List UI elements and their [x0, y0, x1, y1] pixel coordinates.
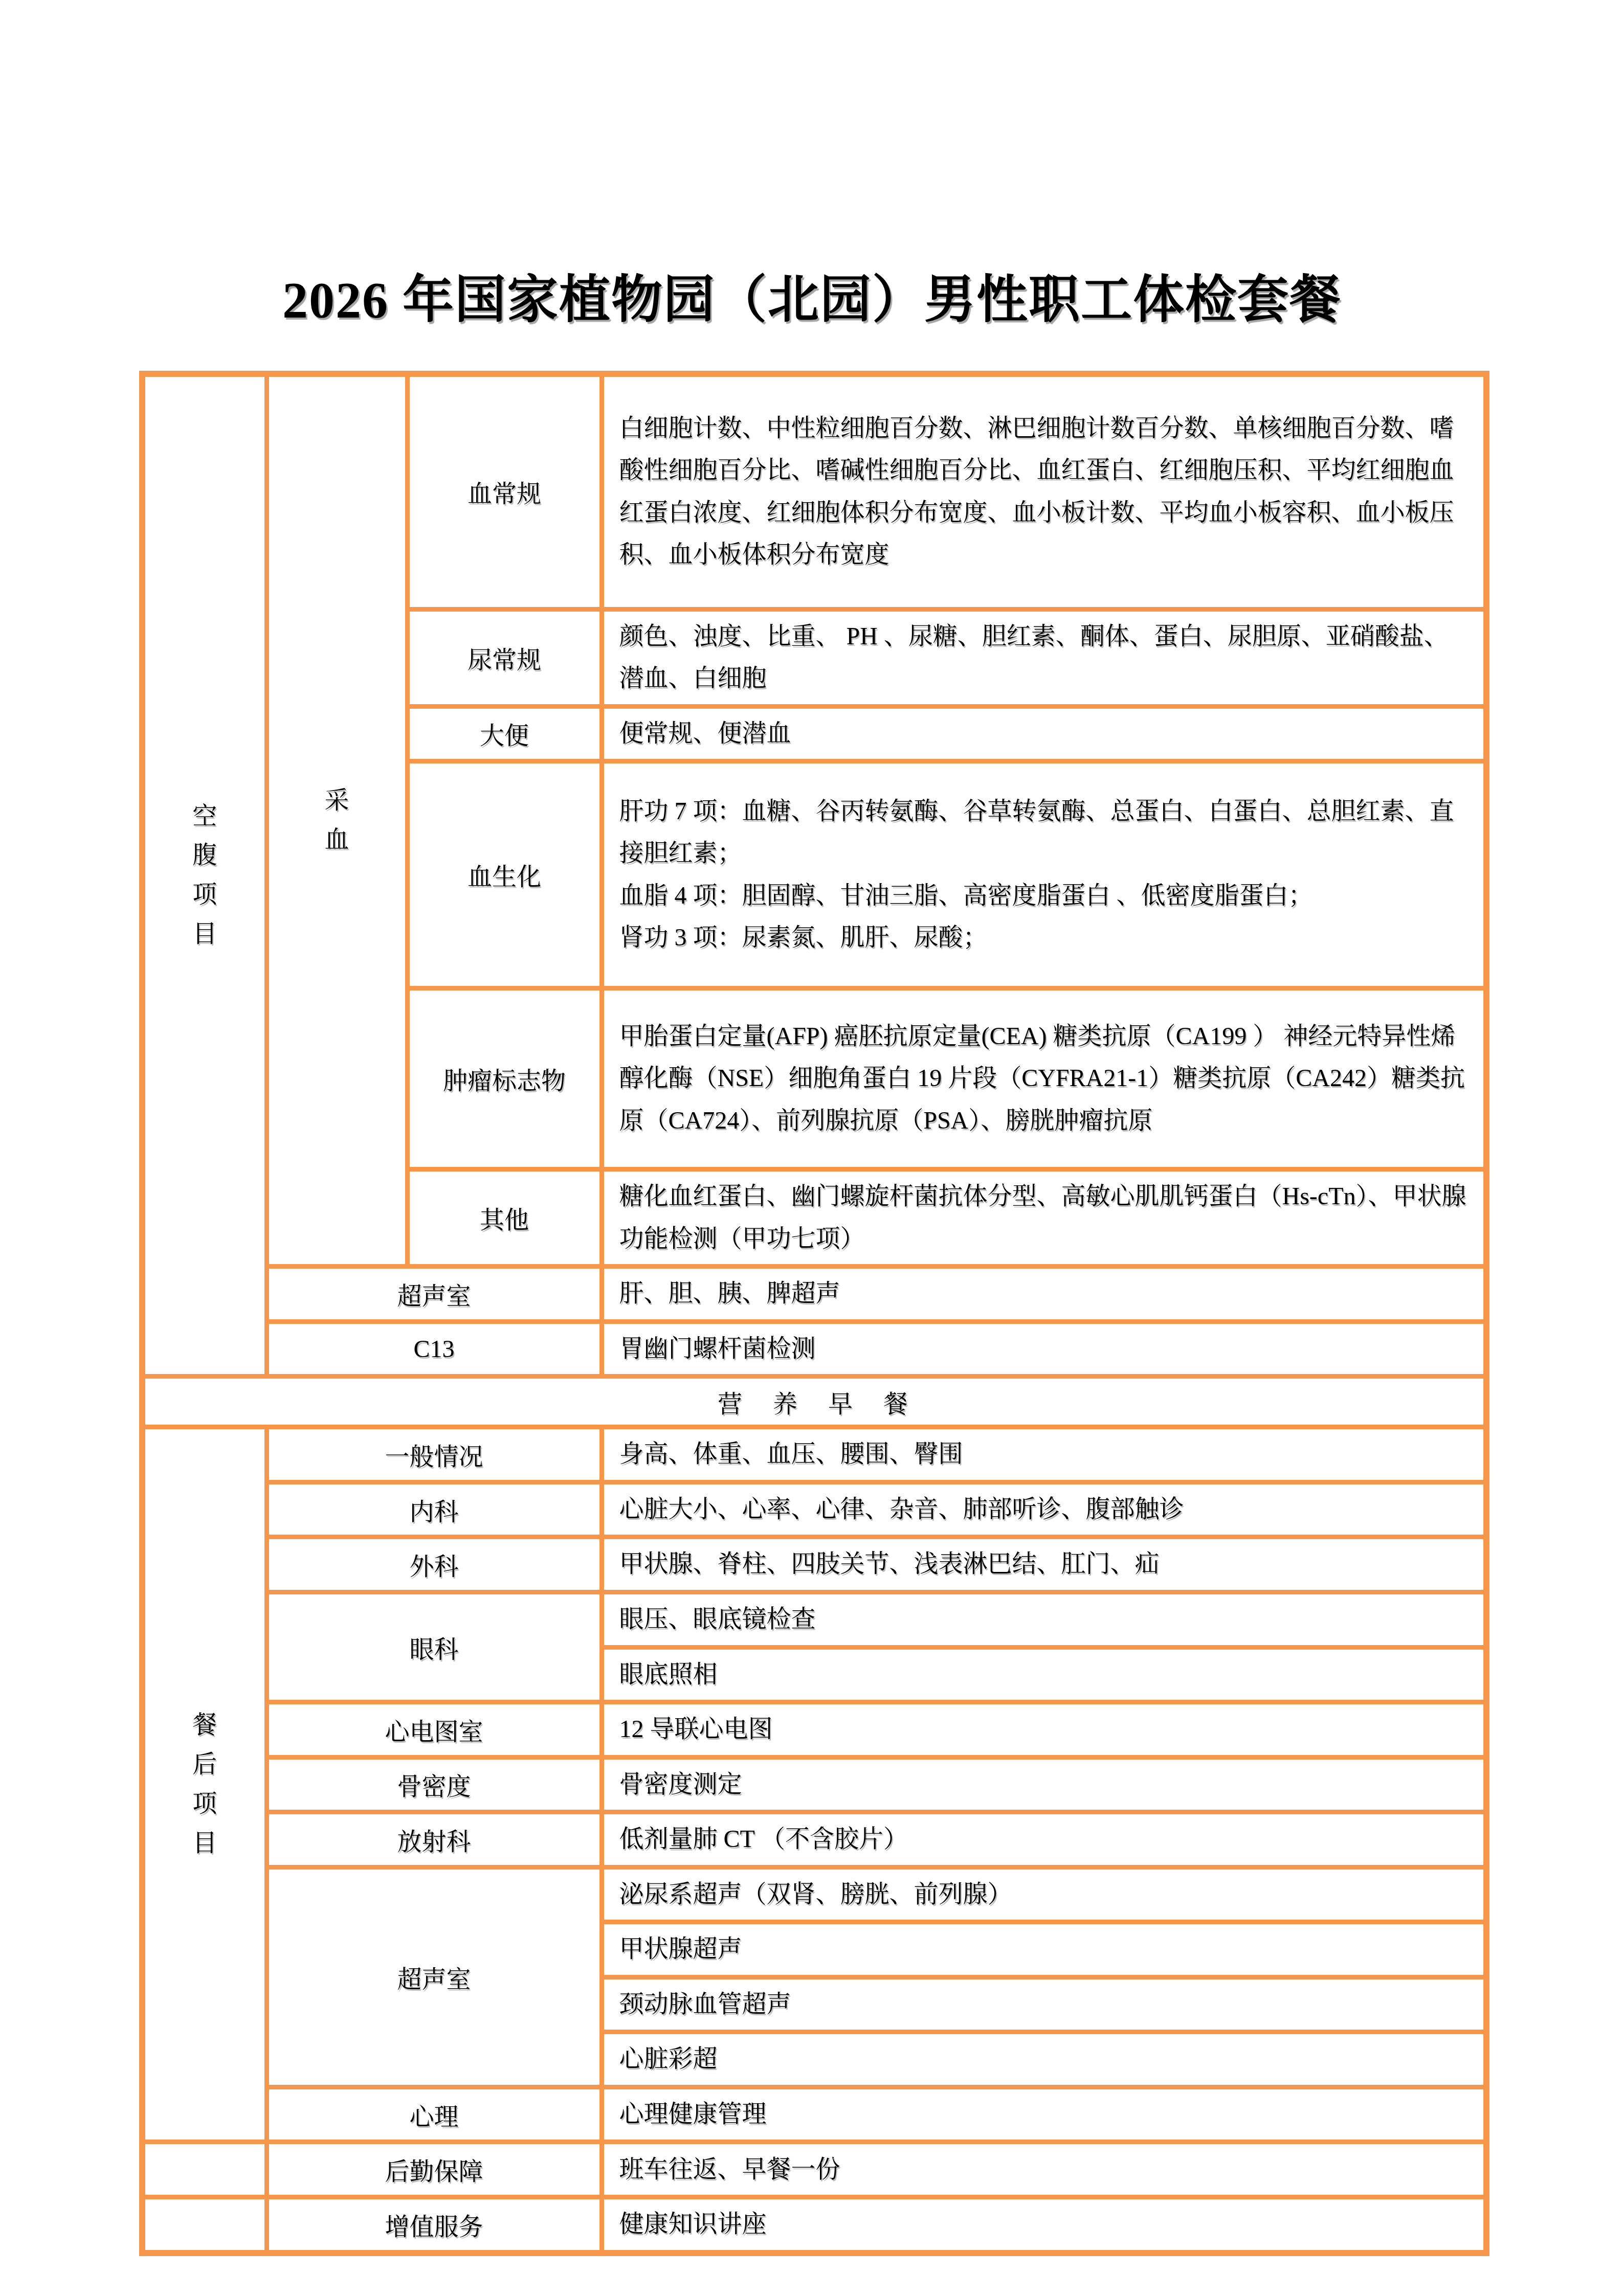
fasting-row-label: 血生化 [407, 761, 602, 988]
postmeal-row-content: 甲状腺、脊柱、四肢关节、浅表淋巴结、肛门、疝 [602, 1537, 1486, 1592]
blood-draw-label: 采血 [325, 781, 349, 860]
postmeal-group-cell: 餐后项目 [142, 1427, 266, 2142]
psych-label: 心理 [266, 2087, 602, 2142]
fasting-row-content: 糖化血红蛋白、幽门螺旋杆菌抗体分型、高敏心肌肌钙蛋白（Hs-cTn）、甲状腺功能… [602, 1169, 1486, 1267]
empty-cell [142, 2142, 266, 2197]
postmeal-row-content: 骨密度测定 [602, 1757, 1486, 1812]
fasting-extra-row-content: 胃幽门螺杆菌检测 [602, 1321, 1486, 1377]
ultrasound-subrow-content: 甲状腺超声 [602, 1922, 1486, 1977]
fasting-row-content: 甲胎蛋白定量(AFP) 癌胚抗原定量(CEA) 糖类抗原（CA199 ） 神经元… [602, 988, 1486, 1169]
fasting-row-label: 其他 [407, 1169, 602, 1267]
fasting-row-content: 颜色、浊度、比重、 PH 、尿糖、胆红素、酮体、蛋白、尿胆原、亚硝酸盐、潜血、白… [602, 609, 1486, 706]
fasting-row-content: 肝功 7 项：血糖、谷丙转氨酶、谷草转氨酶、总蛋白、白蛋白、总胆红素、直接胆红素… [602, 761, 1486, 988]
page-title: 2026 年国家植物园（北园）男性职工体检套餐 [0, 258, 1624, 332]
eye-subrow-content: 眼底照相 [602, 1647, 1486, 1702]
ultrasound-subrow-content: 颈动脉血管超声 [602, 1977, 1486, 2032]
breakfast-row: 营 养 早 餐 [142, 1377, 1486, 1427]
postmeal-row-label: 内科 [266, 1482, 602, 1537]
footer-row-label: 增值服务 [266, 2197, 602, 2253]
postmeal-row-label: 骨密度 [266, 1757, 602, 1812]
postmeal-row-label: 心电图室 [266, 1702, 602, 1758]
fasting-extra-row-label: 超声室 [266, 1267, 602, 1322]
postmeal-row-label: 外科 [266, 1537, 602, 1592]
fasting-row-content: 白细胞计数、中性粒细胞百分数、淋巴细胞计数百分数、单核细胞百分数、嗜酸性细胞百分… [602, 374, 1486, 609]
empty-cell [142, 2197, 266, 2253]
fasting-row-label: 肿瘤标志物 [407, 988, 602, 1169]
fasting-row-label: 大便 [407, 706, 602, 761]
fasting-group-cell: 空腹项目 [142, 374, 266, 1377]
blood-draw-cell: 采血 [266, 374, 407, 1267]
checkup-table: 空腹项目 采血 血常规 白细胞计数、中性粒细胞百分数、淋巴细胞计数百分数、单核细… [139, 371, 1489, 2256]
ultrasound-subrow-content: 心脏彩超 [602, 2032, 1486, 2087]
fasting-row-label: 血常规 [407, 374, 602, 609]
postmeal-row-label: 放射科 [266, 1812, 602, 1867]
postmeal-row-content: 低剂量肺 CT （不含胶片） [602, 1812, 1486, 1867]
footer-row-label: 后勤保障 [266, 2142, 602, 2197]
footer-row-content: 健康知识讲座 [602, 2197, 1486, 2253]
fasting-extra-row-content: 肝、胆、胰、脾超声 [602, 1267, 1486, 1322]
fasting-group-label: 空腹项目 [192, 797, 217, 954]
footer-row-content: 班车往返、早餐一份 [602, 2142, 1486, 2197]
postmeal-row-label: 一般情况 [266, 1427, 602, 1482]
ultrasound-dept-label: 超声室 [266, 1867, 602, 2087]
fasting-row-label: 尿常规 [407, 609, 602, 706]
fasting-extra-row-label: C13 [266, 1321, 602, 1377]
postmeal-row-content: 12 导联心电图 [602, 1702, 1486, 1758]
psych-content: 心理健康管理 [602, 2087, 1486, 2142]
postmeal-row-content: 心脏大小、心率、心律、杂音、肺部听诊、腹部触诊 [602, 1482, 1486, 1537]
postmeal-row-content: 身高、体重、血压、腰围、臀围 [602, 1427, 1486, 1482]
eye-subrow-content: 眼压、眼底镜检查 [602, 1592, 1486, 1647]
eye-dept-label: 眼科 [266, 1592, 602, 1702]
fasting-row-content: 便常规、便潜血 [602, 706, 1486, 761]
ultrasound-subrow-content: 泌尿系超声（双肾、膀胱、前列腺） [602, 1867, 1486, 1922]
postmeal-group-label: 餐后项目 [192, 1706, 217, 1863]
